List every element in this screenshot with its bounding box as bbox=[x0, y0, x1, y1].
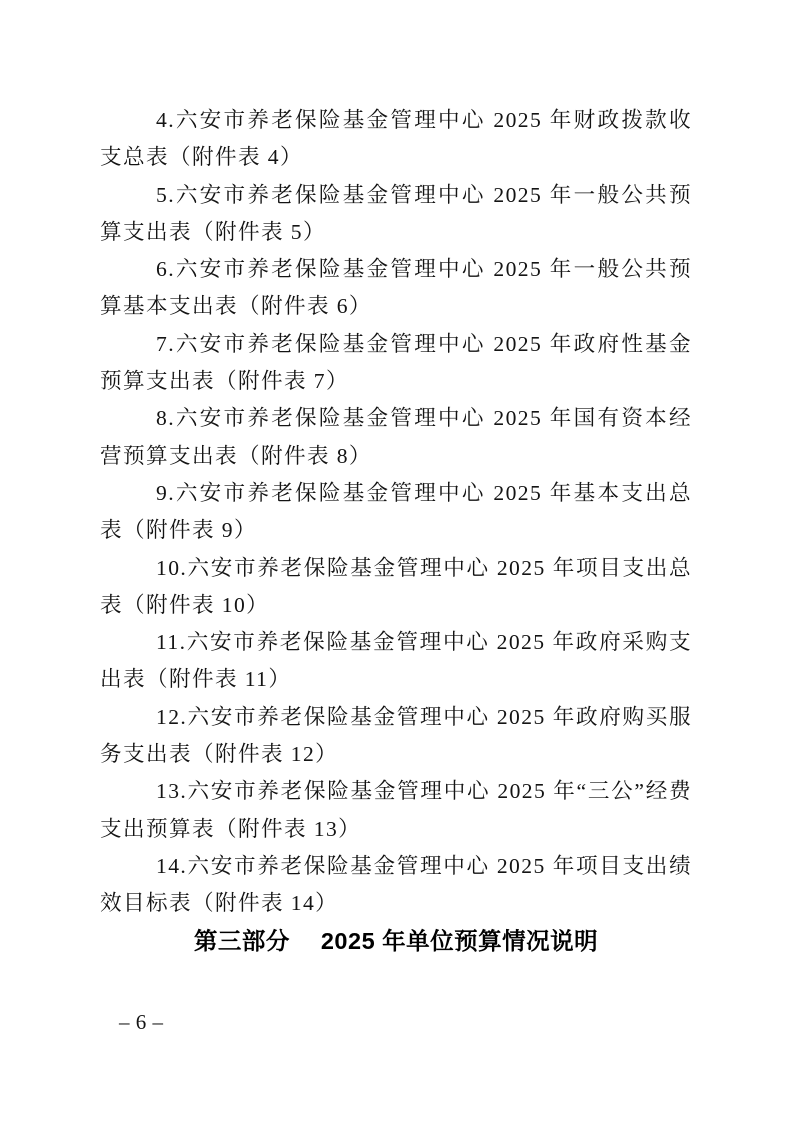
list-item-4: 4.六安市养老保险基金管理中心 2025 年财政拨款收支总表（附件表 4） bbox=[100, 102, 692, 177]
list-item-9: 9.六安市养老保险基金管理中心 2025 年基本支出总表（附件表 9） bbox=[100, 475, 692, 550]
section-heading: 第三部分 2025 年单位预算情况说明 bbox=[100, 923, 692, 960]
list-item-8: 8.六安市养老保险基金管理中心 2025 年国有资本经营预算支出表（附件表 8） bbox=[100, 400, 692, 475]
document-body: 4.六安市养老保险基金管理中心 2025 年财政拨款收支总表（附件表 4） 5.… bbox=[100, 102, 692, 960]
page-number: – 6 – bbox=[119, 1012, 164, 1033]
list-item-11: 11.六安市养老保险基金管理中心 2025 年政府采购支出表（附件表 11） bbox=[100, 624, 692, 699]
list-item-7: 7.六安市养老保险基金管理中心 2025 年政府性基金预算支出表（附件表 7） bbox=[100, 326, 692, 401]
list-item-13: 13.六安市养老保险基金管理中心 2025 年“三公”经费支出预算表（附件表 1… bbox=[100, 773, 692, 848]
list-item-5: 5.六安市养老保险基金管理中心 2025 年一般公共预算支出表（附件表 5） bbox=[100, 177, 692, 252]
list-item-12: 12.六安市养老保险基金管理中心 2025 年政府购买服务支出表（附件表 12） bbox=[100, 699, 692, 774]
document-page: 4.六安市养老保险基金管理中心 2025 年财政拨款收支总表（附件表 4） 5.… bbox=[0, 0, 793, 1122]
list-item-14: 14.六安市养老保险基金管理中心 2025 年项目支出绩效目标表（附件表 14） bbox=[100, 848, 692, 923]
list-item-6: 6.六安市养老保险基金管理中心 2025 年一般公共预算基本支出表（附件表 6） bbox=[100, 251, 692, 326]
list-item-10: 10.六安市养老保险基金管理中心 2025 年项目支出总表（附件表 10） bbox=[100, 550, 692, 625]
